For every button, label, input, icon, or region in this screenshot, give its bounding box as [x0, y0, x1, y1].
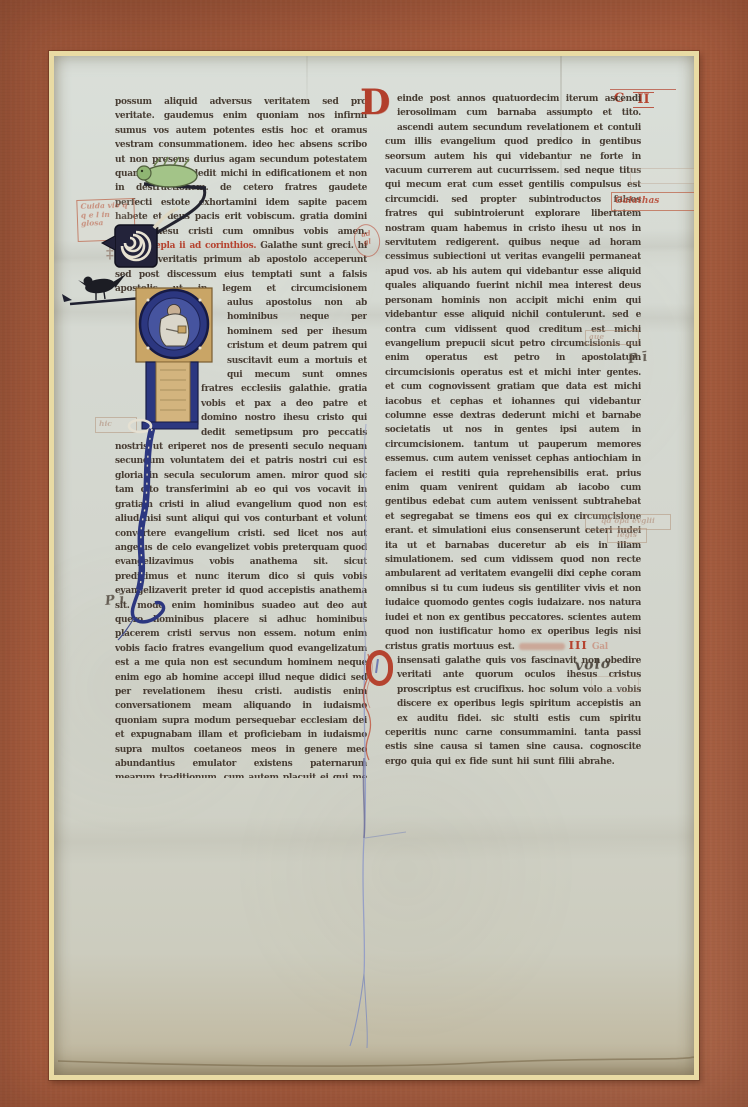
chapter-rule [610, 89, 676, 90]
faded-red-smear [519, 643, 565, 650]
ornament-curve [155, 188, 205, 234]
figure-book [178, 326, 186, 333]
historiated-initial-p [129, 288, 212, 432]
right-pen-trial-mark: P ī [627, 351, 648, 367]
volo-gloss: volo [575, 657, 612, 673]
right-margin-effaced-box [630, 168, 694, 184]
manuscript-leaf: C II possum aliquid adversus veritatem s… [54, 56, 694, 1075]
chapter3-catchword: Gal [592, 642, 608, 652]
right-margin-faded-box: aue [585, 330, 639, 345]
chapter3-numeral: III [569, 638, 588, 652]
initial-p-descender [118, 429, 164, 640]
gutter-penwork-flourish [338, 418, 428, 1058]
spiral-penwork-block [102, 208, 178, 267]
framed-manuscript-photo: { "photo": { "mat_color": "#a75c3e", "be… [0, 0, 748, 1107]
mat-window-bevel: C II possum aliquid adversus veritatem s… [49, 51, 699, 1080]
right-margin-ghost-box [591, 676, 639, 692]
right-margin-galathas-box: Galathas [611, 192, 694, 211]
leaf-bottom-edge [56, 1035, 694, 1075]
illuminated-initial-p-ornament [58, 148, 233, 643]
right-margin-note-lower: legis [607, 528, 647, 543]
initial-d-text-notch [385, 92, 397, 122]
